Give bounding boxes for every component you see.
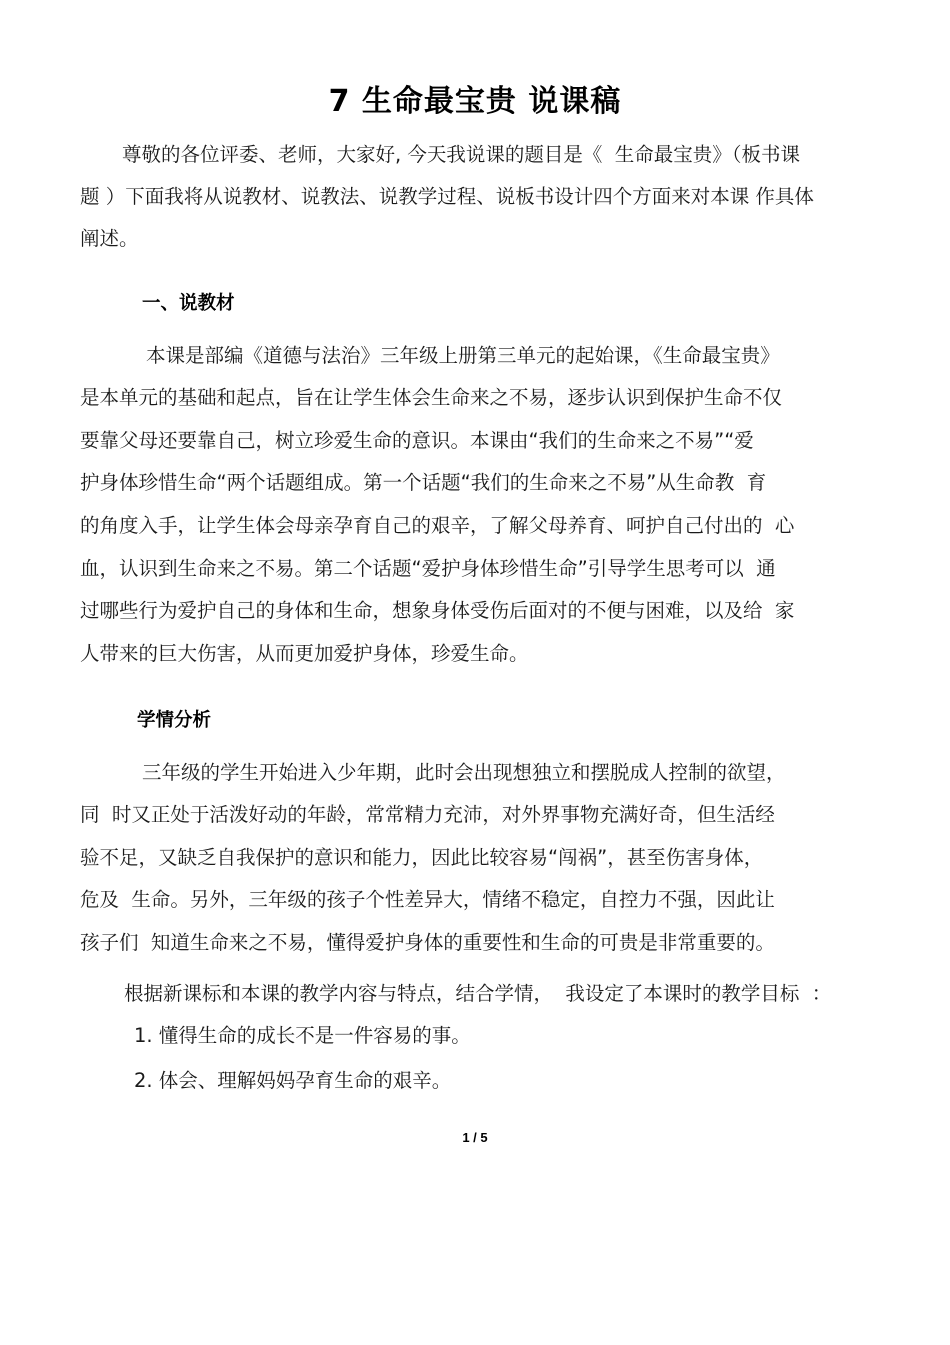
section1-line-8: 人带来的巨大伤害，从而更加爱护身体，珍爱生命。 <box>80 641 529 667</box>
section1-line-3: 要靠父母还要靠自己，树立珍爱生命的意识。本课由“我们的生命来之不易”“爱 <box>80 428 754 454</box>
section1-line-5: 的角度入手，让学生体会母亲孕育自己的艰辛，了解父母养育、呵护自己付出的 心 <box>80 513 794 539</box>
goals-intro: 根据新课标和本课的教学内容与特点，结合学情， 我设定了本课时的教学目标 ： <box>124 981 831 1007</box>
section1-line-2: 是本单元的基础和起点，旨在让学生体会生命来之不易，逐步认识到保护生命不仅 <box>80 385 782 411</box>
document-page: 7 生命最宝贵 说课稿 尊敬的各位评委、老师，大家好, 今天我说课的题目是《 生… <box>0 0 950 1345</box>
goal-item-2: 2. 体会、理解妈妈孕育生命的艰辛。 <box>134 1068 451 1094</box>
goal-item-1: 1. 懂得生命的成长不是一件容易的事。 <box>134 1023 471 1049</box>
page-number: 1 / 5 <box>0 1130 950 1145</box>
intro-line-3: 阐述。 <box>80 226 139 252</box>
section2-line-5: 孩子们 知道生命来之不易，懂得爱护身体的重要性和生命的可贵是非常重要的。 <box>80 930 775 956</box>
document-title: 7 生命最宝贵 说课稿 <box>0 76 950 120</box>
section1-line-6: 血，认识到生命来之不易。第二个话题“爱护身体珍惜生命”引导学生思考可以 通 <box>80 556 776 582</box>
section2-line-3: 验不足，又缺乏自我保护的意识和能力，因此比较容易“闯祸”，甚至伤害身体， <box>80 845 763 871</box>
section1-line-4: 护身体珍惜生命“两个话题组成。第一个话题“我们的生命来之不易”从生命教 育 <box>80 470 766 496</box>
section-heading-student-analysis: 学情分析 <box>137 706 211 732</box>
section1-line-1: 本课是部编《道德与法治》三年级上册第三单元的起始课，《生命最宝贵》 <box>146 343 780 369</box>
section-heading-teaching-material: 一、说教材 <box>142 289 235 315</box>
section1-line-7: 过哪些行为爱护自己的身体和生命，想象身体受伤后面对的不便与困难，以及给 家 <box>80 598 794 624</box>
intro-line-1: 尊敬的各位评委、老师，大家好, 今天我说课的题目是《 生命最宝贵》（板书课 <box>122 142 800 168</box>
intro-line-2: 题 ）下面我将从说教材、说教法、说教学过程、说板书设计四个方面来对本课 作具体 <box>80 184 814 210</box>
section2-line-1: 三年级的学生开始进入少年期，此时会出现想独立和摆脱成人控制的欲望， <box>142 760 786 786</box>
section2-line-2: 同 时又正处于活泼好动的年龄，常常精力充沛，对外界事物充满好奇，但生活经 <box>80 802 775 828</box>
section2-line-4: 危及 生命。另外，三年级的孩子个性差异大，情绪不稳定，自控力不强，因此让 <box>80 887 775 913</box>
